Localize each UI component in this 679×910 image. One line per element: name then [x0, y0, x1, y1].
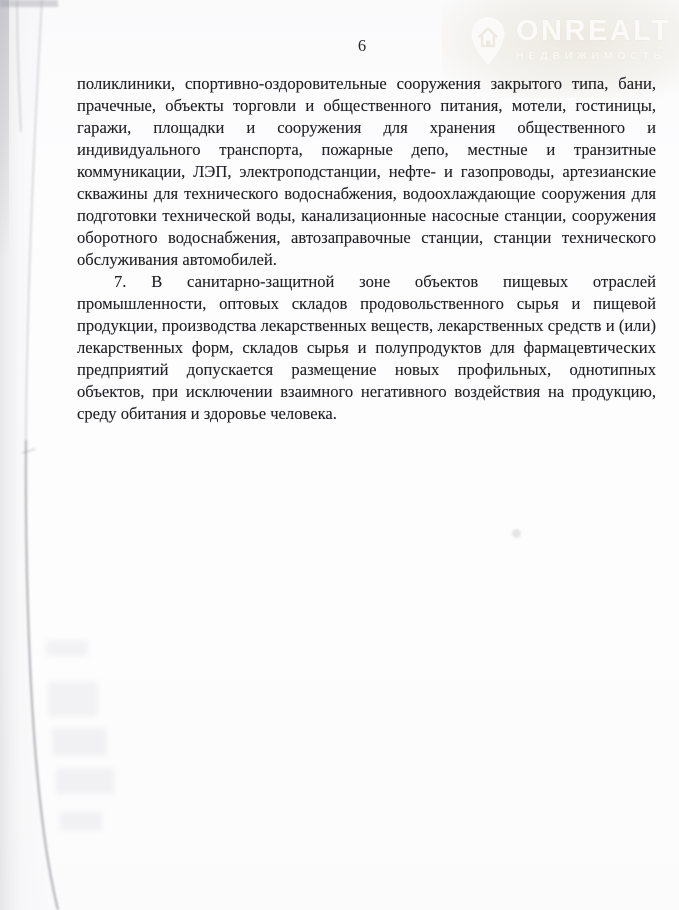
scanned-page: ONREALT НЕДВИЖИМОСТЬ 6 поликлиники, спор… — [0, 0, 679, 910]
bleed-through-mark — [48, 682, 98, 716]
paragraph-continued: поликлиники, спортивно-оздоровительные с… — [77, 73, 656, 271]
bleed-through-mark — [46, 640, 88, 656]
bleed-through-mark — [56, 768, 114, 794]
bleed-through-mark — [60, 812, 102, 830]
bleed-through-mark — [52, 728, 107, 756]
paragraph-item-7: 7. В санитарно-защитной зоне объектов пи… — [77, 271, 656, 425]
document-body: поликлиники, спортивно-оздоровительные с… — [77, 73, 656, 425]
page-number: 6 — [77, 36, 647, 56]
scan-speck — [512, 529, 521, 538]
